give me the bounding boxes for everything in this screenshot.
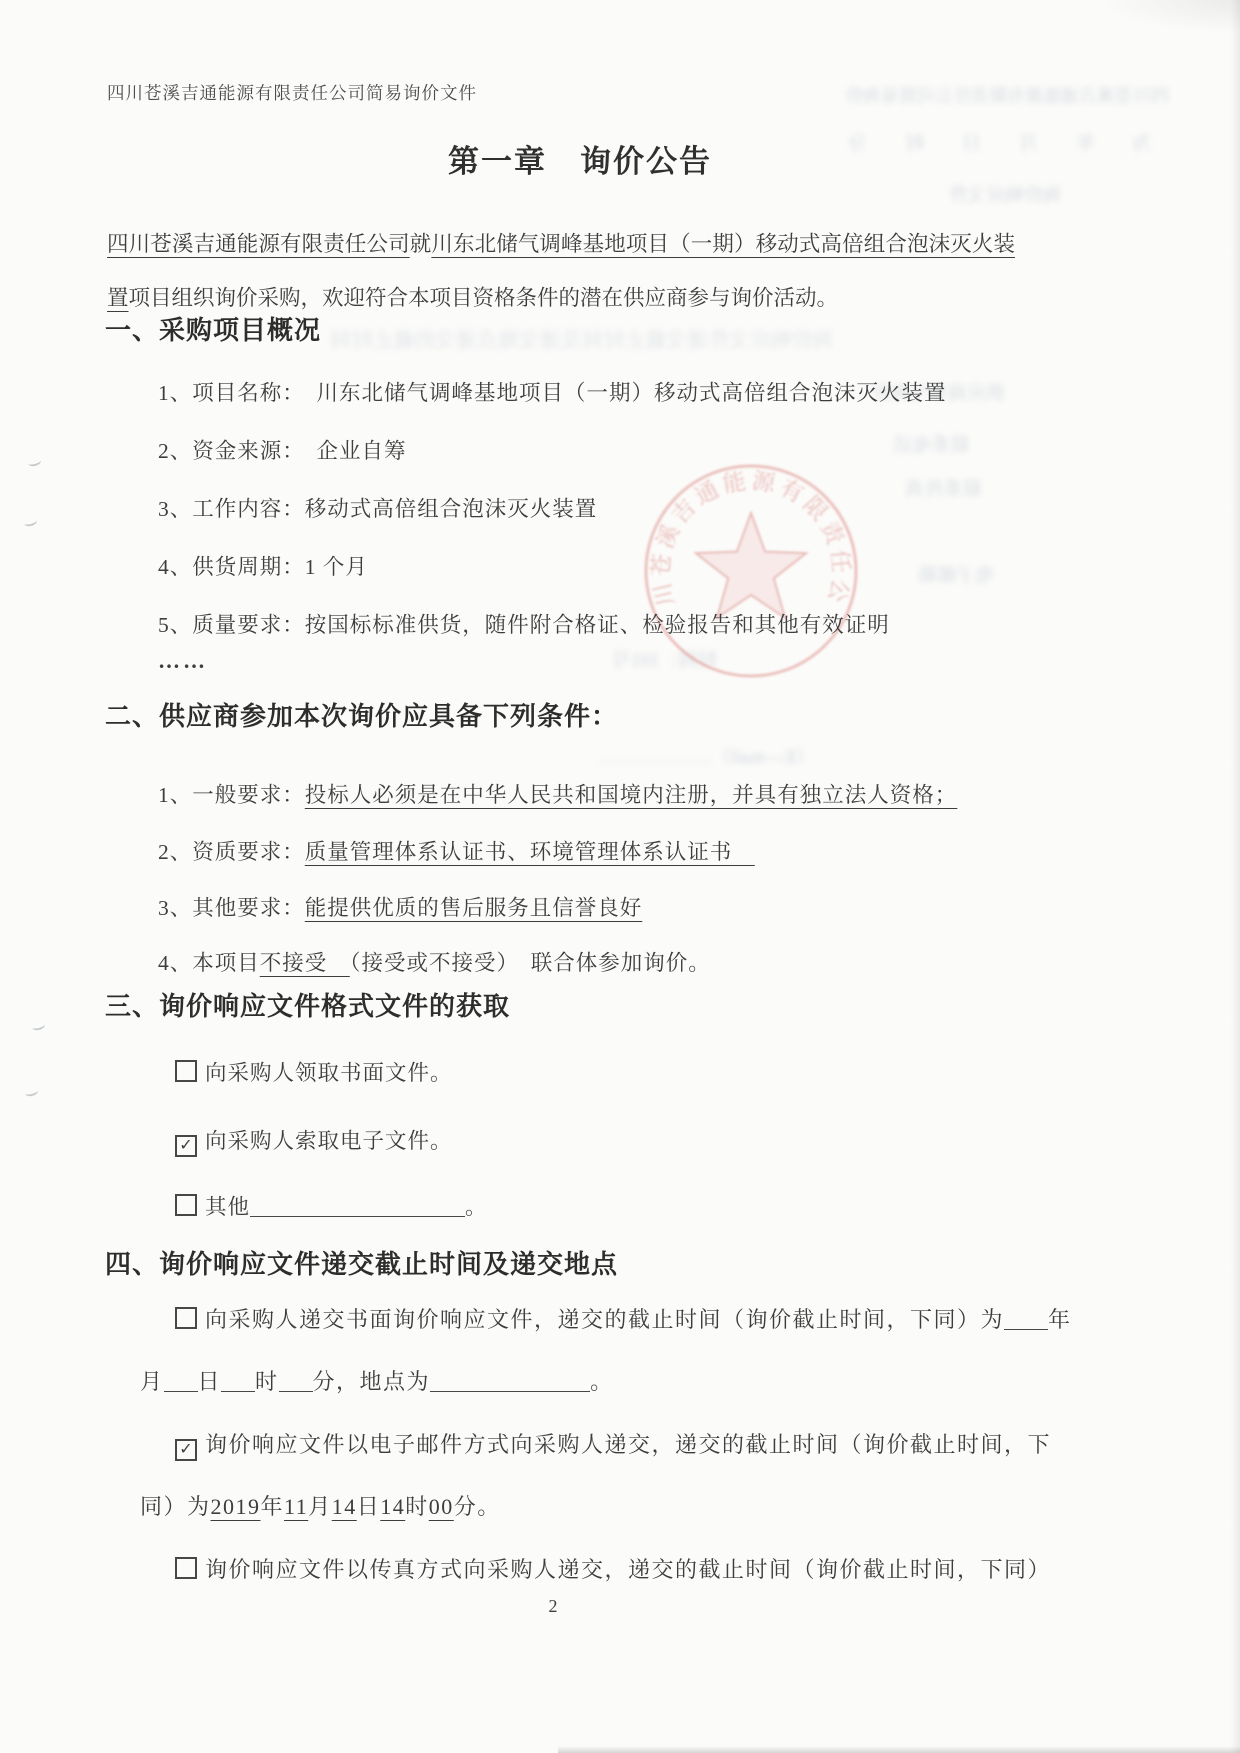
unit-day: 日 — [198, 1369, 222, 1394]
section1-heading: 一、采购项目概况 — [105, 310, 321, 347]
option-label: 向采购人领取书面文件。 — [205, 1061, 453, 1085]
requirement-general: 1、一般要求：投标人必须是在中华人民共和国境内注册，并具有独立法人资格； — [158, 778, 957, 809]
delivery-option-email: ✓询价响应文件以电子邮件方式向采购人递交，递交的截止时间（询价截止时间，下 — [175, 1428, 1051, 1461]
bleedthrough-text: 询价响应文件 — [948, 180, 1062, 207]
paragraph-text: 询价响应文件以传真方式向采购人递交，递交的截止时间（询价截止时间，下同） — [205, 1557, 1051, 1582]
deadline-day-value: 14 — [332, 1494, 357, 1519]
checkbox-checked: ✓ — [175, 1135, 197, 1157]
deadline-pre: 同）为 — [140, 1494, 211, 1519]
scanned-document-page: 四川苍溪吉通能源有限责任公司简易询价 为 年 月 日 时 分 询价响应文件 询价… — [0, 0, 1240, 1753]
unit-month: 月 — [140, 1369, 164, 1394]
option-suffix: 。 — [465, 1195, 488, 1219]
unit-year: 年 — [261, 1494, 285, 1519]
consortium-post: （接受或不接受） 联合体参加询价。 — [350, 951, 711, 975]
requirement-label: 1、一般要求： — [158, 783, 305, 807]
item-project-name: 1、项目名称： 川东北储气调峰基地项目（一期）移动式高倍组合泡沫灭火装置 — [158, 376, 947, 407]
option-label: 向采购人索取电子文件。 — [205, 1129, 453, 1153]
checkbox-unchecked — [175, 1194, 197, 1216]
document-header: 四川苍溪吉通能源有限责任公司简易询价文件 — [107, 80, 477, 105]
bleedthrough-text: 询价响应文件递交截止时间及递交地点递交的截止时间 — [330, 324, 834, 354]
bleedthrough-text: 联系电话 — [893, 430, 969, 457]
blank-hour — [221, 1371, 255, 1392]
unit-year: 年 — [1048, 1307, 1072, 1332]
company-seal-stamp: 四川苍溪吉通能源有限责任公司 — [636, 456, 866, 686]
unit-day: 日 — [357, 1494, 381, 1519]
item-funding-source: 2、资金来源： 企业自筹 — [158, 434, 407, 465]
checkbox-unchecked — [175, 1557, 197, 1579]
requirement-value: 投标人必须是在中华人民共和国境内注册，并具有独立法人资格； — [305, 783, 958, 807]
option-paper-document: 向采购人领取书面文件。 — [175, 1056, 453, 1087]
deadline-year-value: 2019 — [211, 1494, 261, 1519]
requirement-qualification: 2、资质要求：质量管理体系认证书、环境管理体系认证书 — [158, 835, 755, 866]
delivery-option-fax: 询价响应文件以传真方式向采购人递交，递交的截止时间（询价截止时间，下同） — [175, 1553, 1051, 1584]
section3-heading: 三、询价响应文件格式文件的获取 — [105, 986, 510, 1023]
deadline-hour-value: 14 — [380, 1494, 405, 1519]
option-electronic-document: ✓向采购人索取电子文件。 — [175, 1124, 453, 1157]
consortium-pre: 4、本项目 — [158, 951, 260, 975]
scan-edge-shadow-bottom — [558, 1746, 1240, 1753]
delivery-option-paper: 向采购人递交书面询价响应文件，递交的截止时间（询价截止时间，下同）为年 — [175, 1303, 1072, 1334]
requirement-other: 3、其他要求：能提供优质的售后服务且信誉良好 — [158, 891, 642, 922]
deadline-minute-value: 00 — [429, 1494, 454, 1519]
blank-location — [430, 1371, 590, 1392]
intro-rest: 项目组织询价采购，欢迎符合本项目资格条件的潜在供应商参与询价活动。 — [129, 286, 839, 310]
blank-minute — [279, 1371, 313, 1392]
ellipsis-line: …… — [158, 648, 208, 674]
checkbox-unchecked — [175, 1060, 197, 1082]
section4-heading: 四、询价响应文件递交截止时间及递交地点 — [105, 1244, 618, 1281]
seal-star-icon — [696, 513, 806, 618]
bleedthrough-text: 四川苍溪吉通能源有限责任公司简易询价 — [845, 82, 1169, 108]
scan-mark — [24, 1087, 39, 1098]
bleedthrough-text: 联系传真 — [905, 474, 981, 501]
scan-edge-shadow-right — [1230, 0, 1240, 1753]
scan-corner-smudge — [1100, 0, 1240, 34]
requirement-label: 3、其他要求： — [158, 896, 305, 920]
unit-hour: 时 — [405, 1494, 429, 1519]
purchaser-name: 四川苍溪吉通能源有限责任公司 — [107, 232, 410, 256]
intro-connector: 就 — [410, 232, 432, 256]
item-quality-requirement: 5、质量要求：按国标标准供货，随件附合格证、检验报告和其他有效证明 — [158, 608, 890, 639]
requirement-consortium: 4、本项目不接受 （接受或不接受） 联合体参加询价。 — [158, 946, 711, 977]
section2-heading: 二、供应商参加本次询价应具备下列条件： — [105, 696, 618, 733]
scan-mark — [23, 517, 38, 528]
requirement-label: 2、资质要求： — [158, 840, 305, 864]
requirement-value: 能提供优质的售后服务且信誉良好 — [305, 896, 643, 920]
chapter-title: 第一章 询价公告 — [0, 136, 1160, 181]
item-delivery-period: 4、供货周期：1 个月 — [158, 550, 368, 581]
unit-hour: 时 — [255, 1369, 279, 1394]
blank-fill-line — [250, 1196, 465, 1217]
scan-mark — [31, 1021, 46, 1032]
bleedthrough-text: 电子邮箱 — [918, 560, 994, 587]
scan-mark — [27, 457, 42, 468]
unit-minute-location: 分，地点为 — [313, 1369, 431, 1394]
consortium-choice: 不接受 — [260, 951, 350, 975]
checkbox-checked: ✓ — [175, 1439, 197, 1461]
sentence-end: 。 — [590, 1369, 614, 1394]
bleedthrough-text: （E—mail）……………… — [598, 742, 814, 769]
deadline-month-value: 11 — [284, 1494, 308, 1519]
paragraph-text: 向采购人递交书面询价响应文件，递交的截止时间（询价截止时间，下同）为 — [205, 1307, 1004, 1332]
option-other: 其他。 — [175, 1190, 488, 1221]
unit-month: 月 — [308, 1494, 332, 1519]
paragraph-text: 询价响应文件以电子邮件方式向采购人递交，递交的截止时间（询价截止时间，下 — [205, 1432, 1051, 1457]
intro-paragraph: 四川苍溪吉通能源有限责任公司就川东北储气调峰基地项目（一期）移动式高倍组合泡沫灭… — [107, 217, 1015, 325]
delivery-deadline-line: 同）为2019年11月14日14时00分。 — [140, 1490, 501, 1521]
blank-year — [1004, 1309, 1048, 1330]
checkbox-unchecked — [175, 1307, 197, 1329]
delivery-option-paper-line2: 月日时分，地点为。 — [140, 1365, 614, 1396]
page-number: 2 — [538, 1596, 568, 1617]
blank-day — [164, 1371, 198, 1392]
unit-minute: 分。 — [454, 1494, 501, 1519]
option-label: 其他 — [205, 1195, 250, 1219]
requirement-value: 质量管理体系认证书、环境管理体系认证书 — [305, 840, 755, 864]
item-work-content: 3、工作内容：移动式高倍组合泡沫灭火装置 — [158, 492, 597, 523]
